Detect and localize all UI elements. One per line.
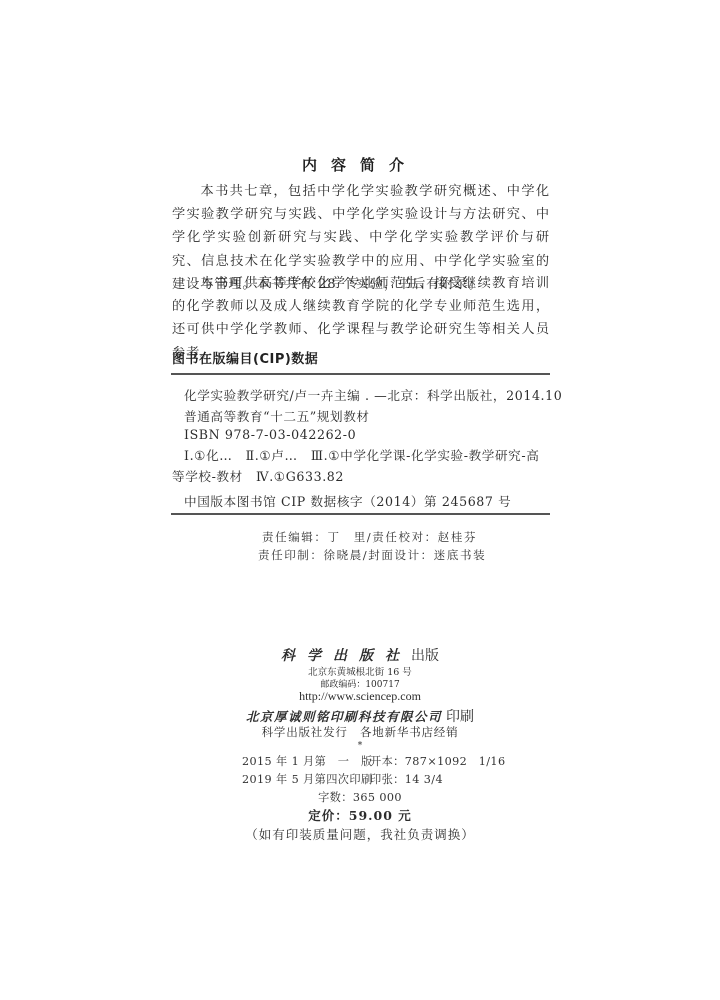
cip-isbn-line: ISBN 978-7-03-042262-0 <box>184 427 356 442</box>
publisher-address: 北京东黄城根北街 16 号 <box>0 664 720 678</box>
word-count-line: 字数：365 000 <box>0 789 720 805</box>
format-line: 开本：787×1092 1/16 <box>370 753 505 769</box>
cip-classification-text: Ⅰ.①化… Ⅱ.①卢… Ⅲ.①中学化学课-化学实验-教学研究-高等学校-教材 Ⅳ… <box>172 448 539 484</box>
separator-asterisk: * <box>0 741 720 751</box>
credits-line-2: 责任印制：徐晓晨/封面设计：迷底书装 <box>258 547 486 563</box>
cip-bottom-rule <box>171 513 550 515</box>
price-line: 定价：59.00 元 <box>0 806 720 824</box>
printer-suffix: 印刷 <box>446 709 474 725</box>
printer-name: 北京厚诚则铭印刷科技有限公司 <box>246 709 442 724</box>
publisher-website: http://www.sciencep.com <box>0 689 720 704</box>
cip-series-line: 普通高等教育“十二五”规划教材 <box>184 406 370 425</box>
cip-title-line: 化学实验教学研究/卢一卉主编 . —北京：科学出版社，2014.10 <box>184 385 562 404</box>
distribution-line: 科学出版社发行 各地新华书店经销 <box>0 724 720 740</box>
edition-line: 2015 年 1 月第 一 版 <box>242 753 373 769</box>
printer-line: 北京厚诚则铭印刷科技有限公司印刷 <box>0 706 720 726</box>
publisher-line: 科学出版社出版 <box>0 645 720 665</box>
sheets-line: 印张：14 3/4 <box>370 771 443 787</box>
publisher-name: 科学出版社 <box>281 648 411 664</box>
publisher-suffix: 出版 <box>411 648 439 664</box>
cip-record-line: 中国版本图书馆 CIP 数据核字（2014）第 245687 号 <box>184 491 511 510</box>
cip-classification: Ⅰ.①化… Ⅱ.①卢… Ⅲ.①中学化学课-化学实验-教学研究-高等学校-教材 Ⅳ… <box>172 445 550 487</box>
credits-line-1: 责任编辑：丁 里/责任校对：赵桂芬 <box>262 529 477 545</box>
summary-title: 内容简介 <box>0 154 720 175</box>
printing-line: 2019 年 5 月第四次印刷 <box>242 771 373 787</box>
quality-notice: （如有印装质量问题，我社负责调换） <box>0 825 720 843</box>
copyright-page: 内容简介 本书共七章，包括中学化学实验教学研究概述、中学化学实验教学研究与实践、… <box>0 0 720 1000</box>
cip-top-rule <box>171 373 550 375</box>
cip-heading: 图书在版编目(CIP)数据 <box>172 348 318 367</box>
